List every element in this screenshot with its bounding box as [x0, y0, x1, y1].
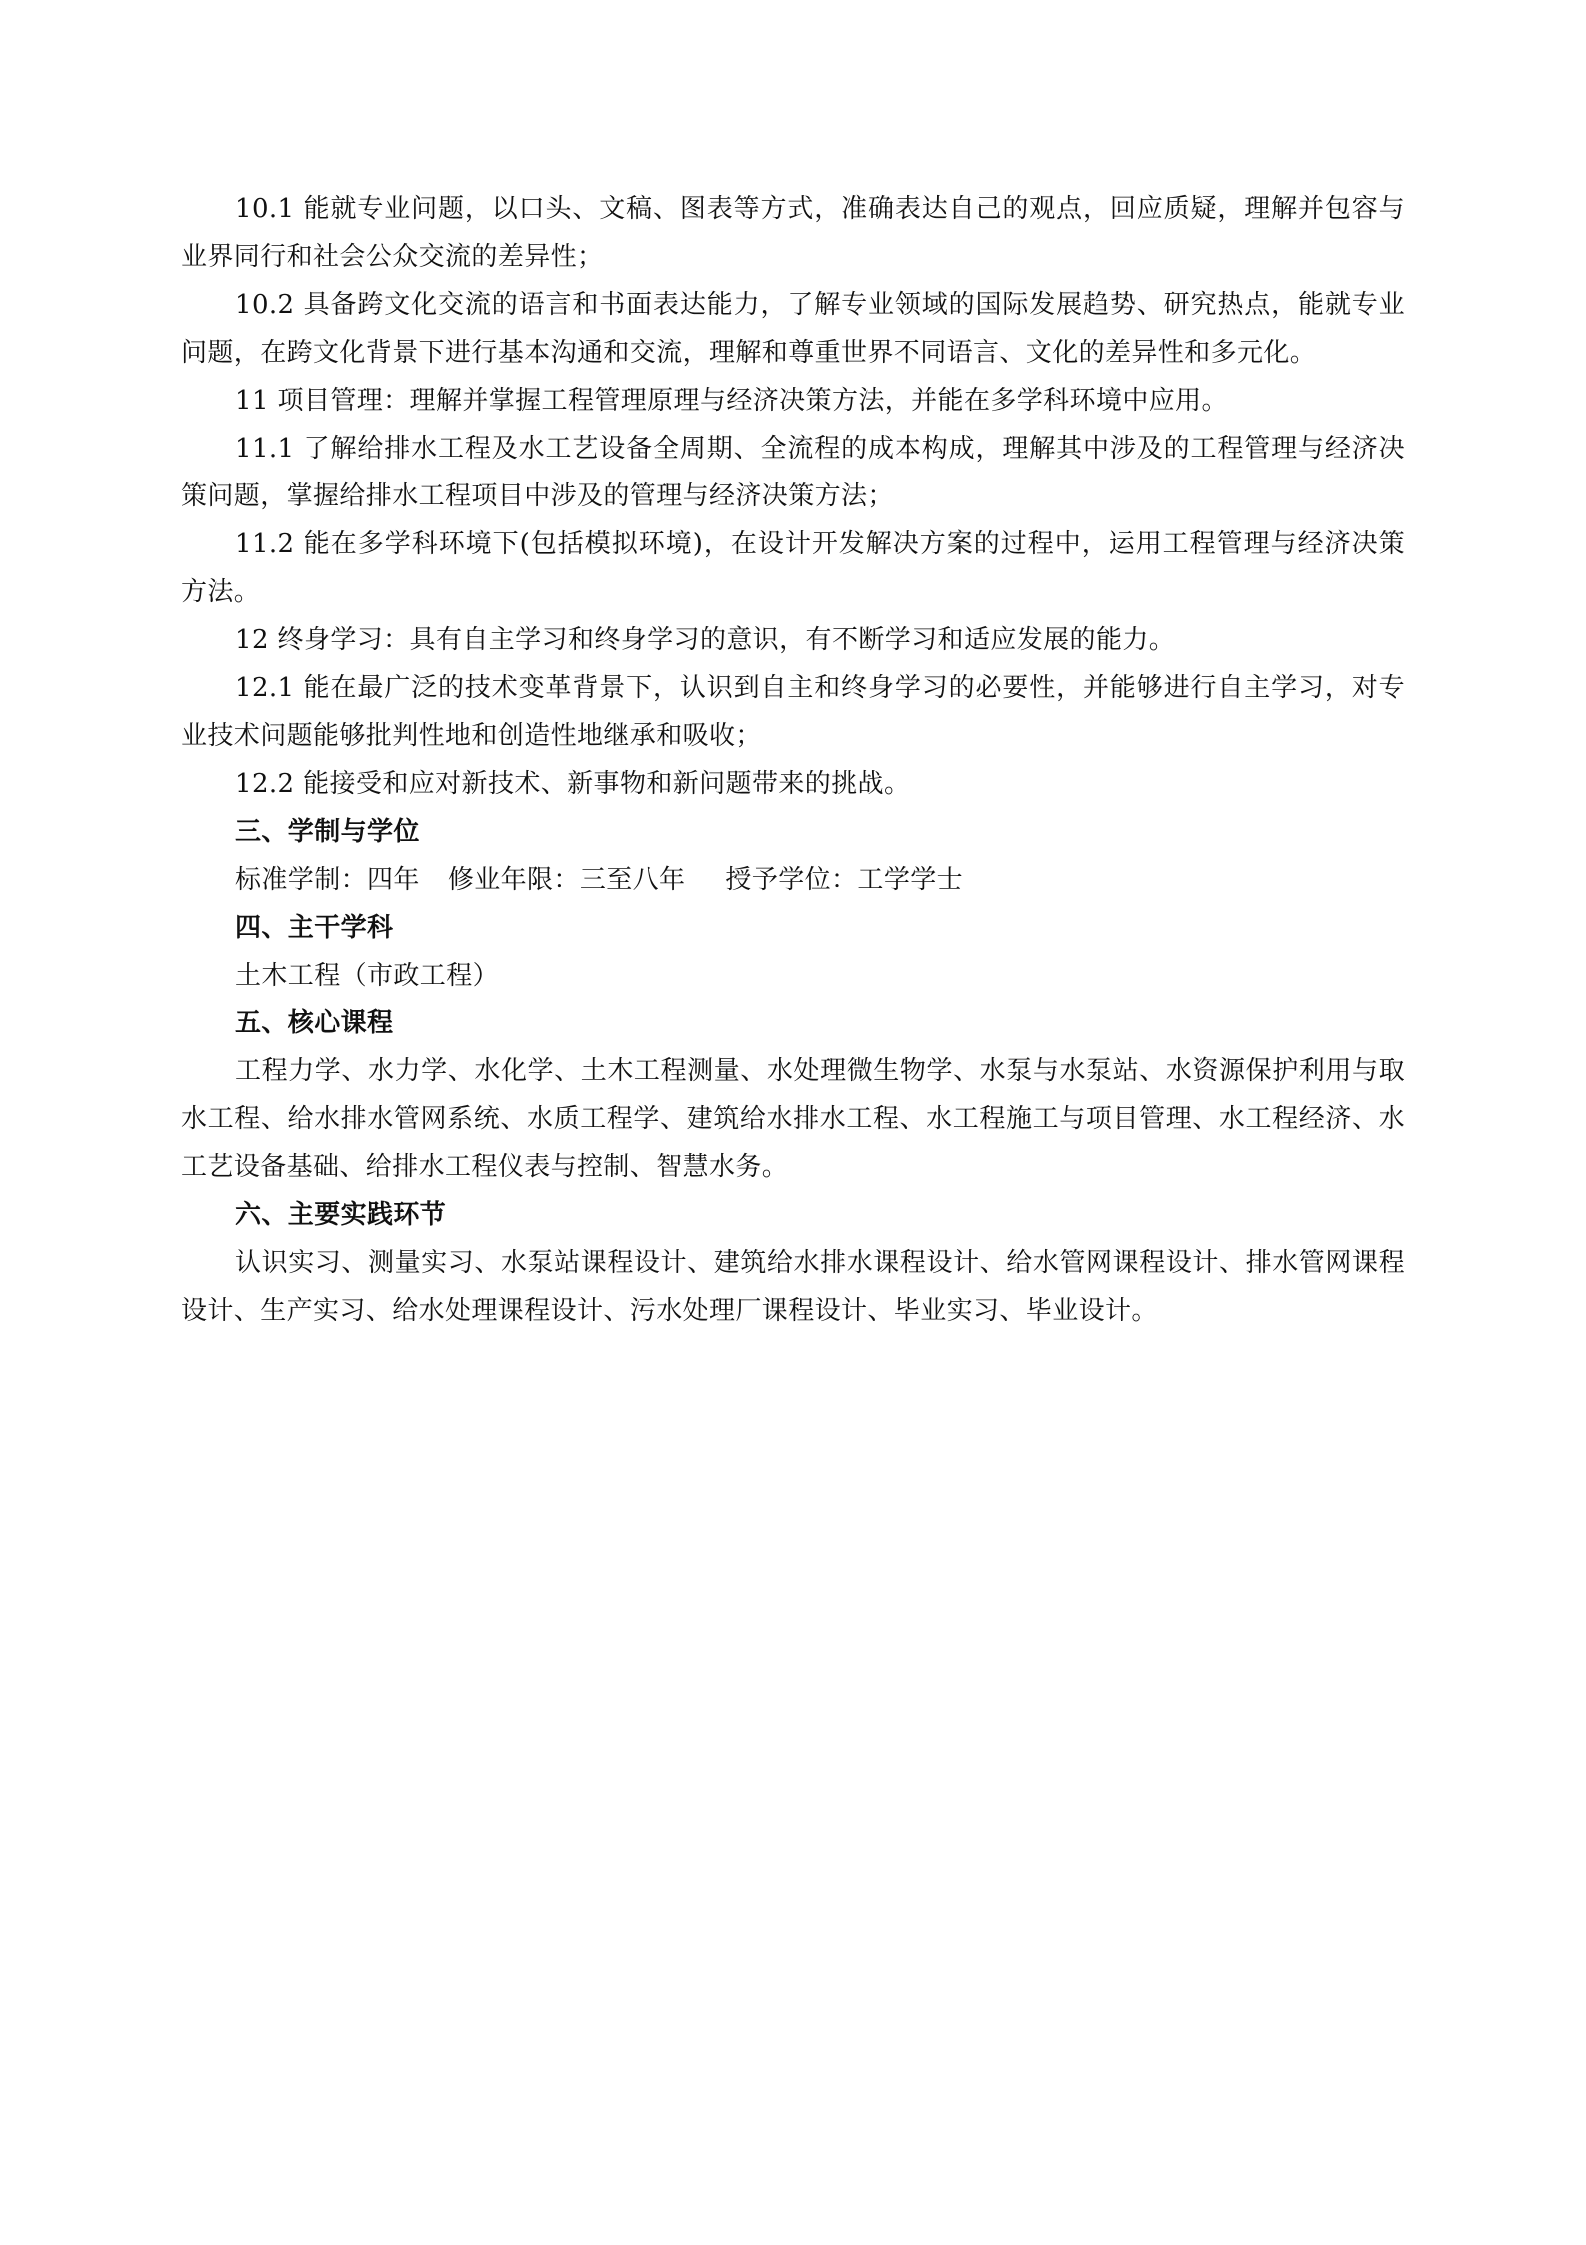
- paragraph-12-lifelong-learning: 12 终身学习：具有自主学习和终身学习的意识，有不断学习和适应发展的能力。: [181, 617, 1405, 665]
- paragraph-11-1: 11.1 了解给排水工程及水工艺设备全周期、全流程的成本构成，理解其中涉及的工程…: [181, 426, 1405, 522]
- paragraph-11-project-management: 11 项目管理：理解并掌握工程管理原理与经济决策方法，并能在多学科环境中应用。: [181, 378, 1405, 426]
- section-heading-practice: 六、主要实践环节: [181, 1192, 1405, 1240]
- duration-degree-line: 标准学制：四年修业年限：三至八年授予学位：工学学士: [181, 857, 1405, 905]
- practice-text: 认识实习、测量实习、水泵站课程设计、建筑给水排水课程设计、给水管网课程设计、排水…: [181, 1240, 1405, 1336]
- standard-duration: 标准学制：四年: [235, 865, 420, 895]
- section-heading-main-discipline: 四、主干学科: [181, 905, 1405, 953]
- paragraph-10-1: 10.1 能就专业问题，以口头、文稿、图表等方式，准确表达自己的观点，回应质疑，…: [181, 186, 1405, 282]
- section-heading-duration-degree: 三、学制与学位: [181, 809, 1405, 857]
- paragraph-12-2: 12.2 能接受和应对新技术、新事物和新问题带来的挑战。: [181, 761, 1405, 809]
- paragraph-10-2: 10.2 具备跨文化交流的语言和书面表达能力，了解专业领域的国际发展趋势、研究热…: [181, 282, 1405, 378]
- paragraph-11-2: 11.2 能在多学科环境下(包括模拟环境)，在设计开发解决方案的过程中，运用工程…: [181, 521, 1405, 617]
- paragraph-12-1: 12.1 能在最广泛的技术变革背景下，认识到自主和终身学习的必要性，并能够进行自…: [181, 665, 1405, 761]
- document-page: 10.1 能就专业问题，以口头、文稿、图表等方式，准确表达自己的观点，回应质疑，…: [181, 186, 1405, 1336]
- core-courses-text: 工程力学、水力学、水化学、土木工程测量、水处理微生物学、水泵与水泵站、水资源保护…: [181, 1048, 1405, 1192]
- study-duration-range: 修业年限：三至八年: [448, 865, 686, 895]
- main-discipline-text: 土木工程（市政工程）: [181, 953, 1405, 1001]
- section-heading-core-courses: 五、核心课程: [181, 1000, 1405, 1048]
- degree-awarded: 授予学位：工学学士: [725, 865, 963, 895]
